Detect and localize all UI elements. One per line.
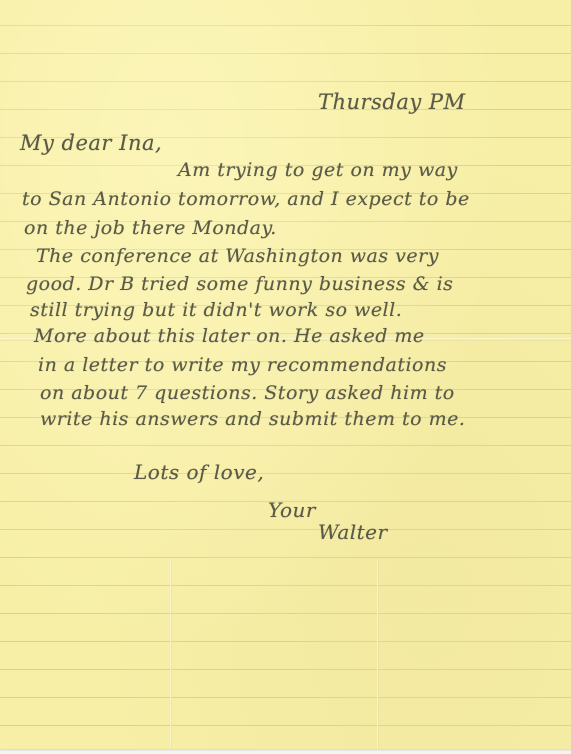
dateline: Thursday PM — [318, 92, 466, 113]
body-line-5: good. Dr B tried some funny business & i… — [26, 275, 453, 294]
letter-page: Thursday PM My dear Ina, Am trying to ge… — [0, 0, 571, 749]
body-line-8: in a letter to write my recommendations — [38, 356, 447, 375]
body-line-9: on about 7 questions. Story asked him to — [40, 384, 455, 403]
body-line-6: still trying but it didn't work so well. — [30, 301, 402, 320]
salutation: My dear Ina, — [20, 133, 162, 154]
body-line-7: More about this later on. He asked me — [34, 327, 425, 346]
paper-fold-crease-vertical — [377, 560, 379, 749]
signature-your: Your — [268, 500, 316, 520]
signature-name: Walter — [318, 522, 388, 542]
body-line-2: to San Antonio tomorrow, and I expect to… — [22, 190, 470, 209]
body-line-4: The conference at Washington was very — [36, 247, 439, 266]
paper-fold-crease-vertical — [170, 560, 172, 749]
body-line-1: Am trying to get on my way — [178, 161, 458, 180]
body-line-3: on the job there Monday. — [24, 219, 277, 238]
body-line-10: write his answers and submit them to me. — [40, 410, 465, 429]
closing: Lots of love, — [134, 462, 264, 482]
